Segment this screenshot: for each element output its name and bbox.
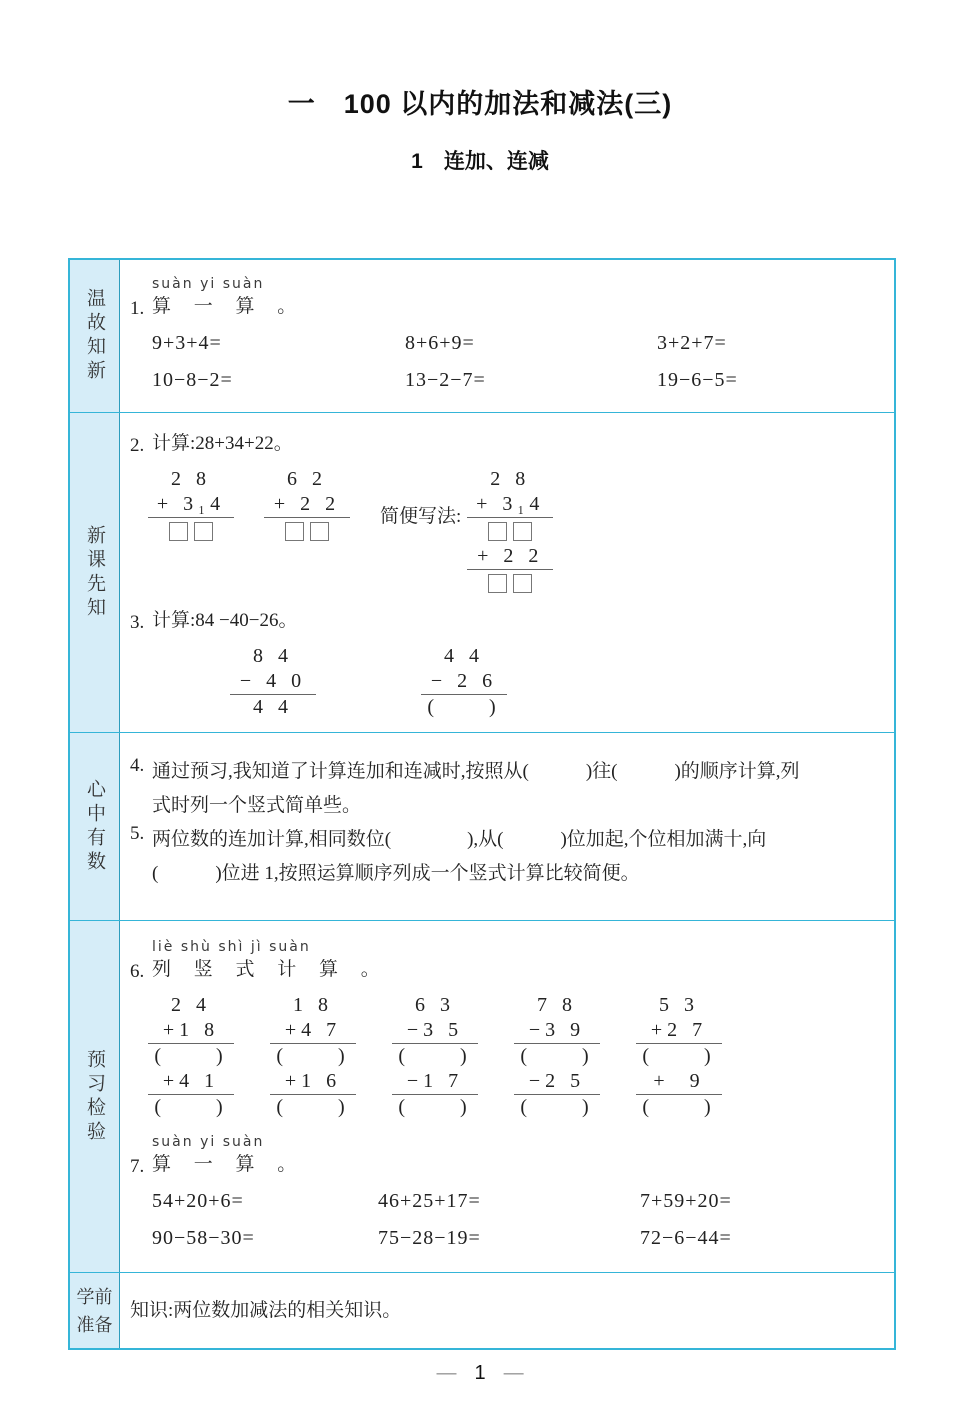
equation: 90−58−30=	[152, 1227, 378, 1250]
vertical-calc: 4 4 − 2 6 ( )	[421, 644, 507, 720]
calc-top: 4 4	[421, 644, 507, 669]
problem-number: 6.	[130, 961, 152, 983]
section-review-content: 1. suàn yi suàn 算 一 算 。 9+3+4= 8+6+9= 3+…	[120, 260, 894, 412]
section-key-points-content: 4. 通过预习,我知道了计算连加和连减时,按照从( )往( )的顺序计算,列 式…	[120, 733, 894, 920]
footer-dash: —	[436, 1362, 456, 1384]
calc-result: ( )	[270, 1095, 356, 1120]
calc-operand: −2 5	[514, 1069, 600, 1095]
equation: 8+6+9=	[405, 332, 657, 355]
fill-blank-line: 通过预习,我知道了计算连加和连减时,按照从( )往( )的顺序计算,列	[152, 755, 888, 789]
section-preparation: 学前准备 知识:两位数加减法的相关知识。	[70, 1272, 894, 1348]
answer-box	[285, 522, 304, 541]
problem-2-heading: 2. 计算:28+34+22。	[120, 431, 894, 457]
lesson-title: 1 连加、连减	[0, 145, 960, 175]
problem-5: 5. 两位数的连加计算,相同数位( ),从( )位加起,个位相加满十,向 ( )…	[130, 823, 894, 891]
section-label-text: 新课先知	[81, 525, 108, 621]
calc-top: 2 4	[148, 993, 234, 1018]
problem-number: 4.	[130, 755, 152, 823]
problem-title: 算 一 算 。	[152, 294, 305, 320]
problem-3-heading: 3. 计算:84 −40−26。	[120, 608, 894, 634]
problem-6-heading: 6. liè shù shì jì suàn 列 竖 式 计 算 。	[120, 937, 894, 983]
equation: 13−2−7=	[405, 369, 657, 392]
calc-top: 1 8	[270, 993, 356, 1018]
problem-6-calcs: 2 4 +1 8 ( ) +4 1 ( ) 1 8 +4 7 ( ) +1 6 …	[148, 993, 894, 1120]
worksheet-table: 温故知新 1. suàn yi suàn 算 一 算 。 9+3+4= 8+6+…	[68, 258, 896, 1350]
problem-7-heading: 7. suàn yi suàn 算 一 算 。	[120, 1132, 894, 1178]
pinyin-annotation: suàn yi suàn	[152, 274, 305, 294]
calc-operand: +4 1	[148, 1069, 234, 1095]
problem-1-heading: 1. suàn yi suàn 算 一 算 。	[120, 274, 894, 320]
section-label-preview-check: 预习检验	[70, 921, 120, 1272]
fill-blank-line: 式时列一个竖式简单些。	[152, 789, 888, 823]
calc-result: ( )	[514, 1095, 600, 1120]
answer-boxes	[467, 518, 553, 544]
calc-operand: +4 7	[270, 1018, 356, 1044]
problem-title: 算 一 算 。	[152, 1152, 305, 1178]
problem-1-equations: 9+3+4= 8+6+9= 3+2+7= 10−8−2= 13−2−7= 19−…	[152, 332, 894, 392]
pinyin-annotation: liè shù shì jì suàn	[152, 937, 389, 957]
section-label-new-lesson: 新课先知	[70, 413, 120, 732]
equation: 3+2+7=	[657, 332, 894, 355]
calc-result: ( )	[421, 695, 507, 720]
equation: 72−6−44=	[640, 1227, 894, 1250]
section-label-text: 心中有数	[81, 779, 108, 875]
section-label-key-points: 心中有数	[70, 733, 120, 920]
calc-operand: + 9	[636, 1069, 722, 1095]
preparation-text: 知识:两位数加减法的相关知识。	[130, 1298, 401, 1324]
problem-2-calcs: 2 8 + 3₁4 6 2 + 2 2 简便写法: 2 8 + 3₁4 + 2 …	[120, 467, 894, 596]
calc-result: ( )	[148, 1095, 234, 1120]
footer-dash: —	[504, 1362, 524, 1384]
section-label-text: 温故知新	[81, 288, 108, 384]
vertical-calc: 6 2 + 2 2	[264, 467, 350, 544]
vertical-calc-stacked: 2 8 + 3₁4 + 2 2	[467, 467, 553, 596]
vertical-calc: 5 3 +2 7 ( ) + 9 ( )	[636, 993, 722, 1120]
calc-result: 4 4	[230, 695, 316, 720]
section-preview-check: 预习检验 6. liè shù shì jì suàn 列 竖 式 计 算 。 …	[70, 920, 894, 1272]
shortcut-label: 简便写法:	[380, 501, 461, 528]
fill-blank-line: ( )位进 1,按照运算顺序列成一个竖式计算比较简便。	[152, 857, 888, 891]
problem-text: 计算:84 −40−26。	[152, 608, 297, 634]
answer-box	[310, 522, 329, 541]
vertical-calc: 2 8 + 3₁4	[148, 467, 234, 544]
answer-boxes	[467, 570, 553, 596]
equation: 9+3+4=	[152, 332, 405, 355]
calc-operand: +1 6	[270, 1069, 356, 1095]
equation: 10−8−2=	[152, 369, 405, 392]
equation: 54+20+6=	[152, 1190, 378, 1213]
answer-box	[194, 522, 213, 541]
calc-operand: − 4 0	[230, 669, 316, 695]
section-label-review: 温故知新	[70, 260, 120, 412]
calc-result: ( )	[270, 1044, 356, 1069]
calc-operand: −1 7	[392, 1069, 478, 1095]
section-label-text: 预习检验	[81, 1049, 108, 1145]
vertical-calc: 8 4 − 4 0 4 4	[230, 644, 316, 720]
calc-operand: +1 8	[148, 1018, 234, 1044]
answer-box	[513, 522, 532, 541]
problem-number: 3.	[130, 612, 152, 634]
calc-operand: + 2 2	[264, 492, 350, 518]
problem-number: 5.	[130, 823, 152, 891]
section-label-preparation: 学前准备	[70, 1273, 120, 1348]
vertical-calc: 7 8 −3 9 ( ) −2 5 ( )	[514, 993, 600, 1120]
problem-7-equations: 54+20+6= 46+25+17= 7+59+20= 90−58−30= 75…	[152, 1190, 894, 1250]
problem-number: 7.	[130, 1156, 152, 1178]
calc-result: ( )	[636, 1095, 722, 1120]
calc-operand: −3 5	[392, 1018, 478, 1044]
page-title: 一 100 以内的加法和减法(三)	[0, 82, 960, 121]
calc-operand: +2 7	[636, 1018, 722, 1044]
calc-operand: + 3₁4	[467, 492, 553, 518]
section-preview-check-content: 6. liè shù shì jì suàn 列 竖 式 计 算 。 2 4 +…	[120, 921, 894, 1272]
calc-operand: −3 9	[514, 1018, 600, 1044]
page-footer: —1—	[0, 1362, 960, 1385]
answer-box	[513, 574, 532, 593]
calc-operand: − 2 6	[421, 669, 507, 695]
equation: 75−28−19=	[378, 1227, 640, 1250]
answer-box	[488, 574, 507, 593]
calc-top: 6 2	[264, 467, 350, 492]
calc-top: 8 4	[230, 644, 316, 669]
calc-top: 7 8	[514, 993, 600, 1018]
section-new-lesson-content: 2. 计算:28+34+22。 2 8 + 3₁4 6 2 + 2 2 简便写法…	[120, 413, 894, 732]
problem-text: 计算:28+34+22。	[152, 431, 293, 457]
calc-result: ( )	[392, 1044, 478, 1069]
calc-operand: + 3₁4	[148, 492, 234, 518]
calc-result: ( )	[392, 1095, 478, 1120]
calc-top: 5 3	[636, 993, 722, 1018]
section-preparation-content: 知识:两位数加减法的相关知识。	[120, 1273, 894, 1348]
page-number: 1	[474, 1362, 485, 1384]
section-label-text: 学前准备	[74, 1283, 116, 1339]
calc-result: ( )	[148, 1044, 234, 1069]
calc-top: 2 8	[467, 467, 553, 492]
equation: 7+59+20=	[640, 1190, 894, 1213]
vertical-calc: 1 8 +4 7 ( ) +1 6 ( )	[270, 993, 356, 1120]
vertical-calc: 6 3 −3 5 ( ) −1 7 ( )	[392, 993, 478, 1120]
calc-top: 2 8	[148, 467, 234, 492]
answer-boxes	[264, 518, 350, 544]
equation: 19−6−5=	[657, 369, 894, 392]
pinyin-annotation: suàn yi suàn	[152, 1132, 305, 1152]
problem-number: 2.	[130, 435, 152, 457]
section-review: 温故知新 1. suàn yi suàn 算 一 算 。 9+3+4= 8+6+…	[70, 260, 894, 412]
calc-result: ( )	[514, 1044, 600, 1069]
problem-4: 4. 通过预习,我知道了计算连加和连减时,按照从( )往( )的顺序计算,列 式…	[130, 755, 894, 823]
section-key-points: 心中有数 4. 通过预习,我知道了计算连加和连减时,按照从( )往( )的顺序计…	[70, 732, 894, 920]
calc-result: ( )	[636, 1044, 722, 1069]
answer-boxes	[148, 518, 234, 544]
section-new-lesson: 新课先知 2. 计算:28+34+22。 2 8 + 3₁4 6 2 + 2 2…	[70, 412, 894, 732]
calc-top: 6 3	[392, 993, 478, 1018]
problem-title: 列 竖 式 计 算 。	[152, 957, 389, 983]
answer-box	[488, 522, 507, 541]
problem-3-calcs: 8 4 − 4 0 4 4 4 4 − 2 6 ( )	[120, 644, 894, 720]
calc-operand: + 2 2	[467, 544, 553, 570]
fill-blank-line: 两位数的连加计算,相同数位( ),从( )位加起,个位相加满十,向	[152, 823, 888, 857]
equation: 46+25+17=	[378, 1190, 640, 1213]
vertical-calc: 2 4 +1 8 ( ) +4 1 ( )	[148, 993, 234, 1120]
answer-box	[169, 522, 188, 541]
problem-number: 1.	[130, 298, 152, 320]
